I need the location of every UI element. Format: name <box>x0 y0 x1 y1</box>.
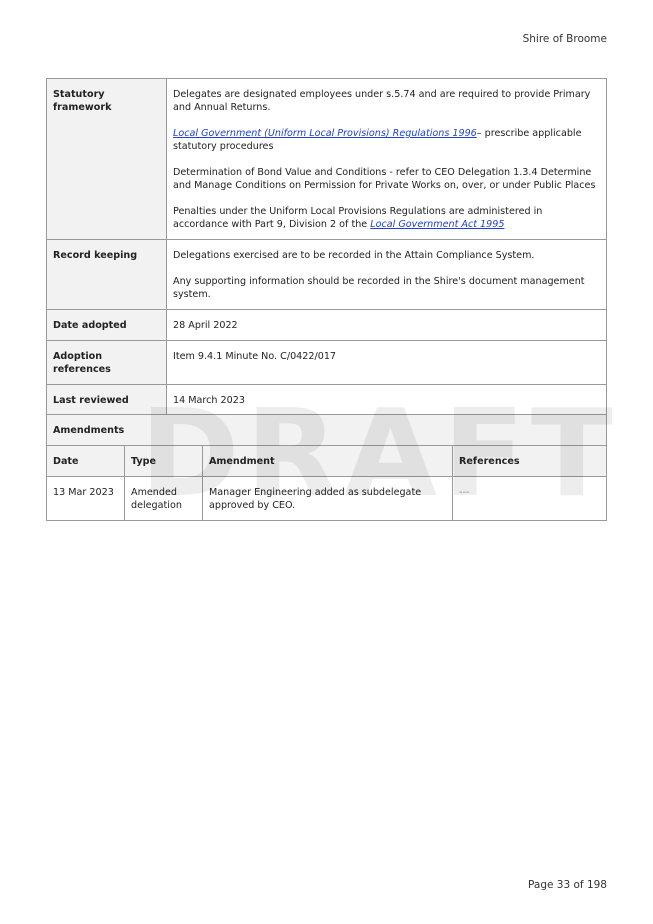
amendments-title-row: Amendments <box>47 415 607 446</box>
last-reviewed-label: Last reviewed <box>47 385 167 416</box>
last-reviewed-value: 14 March 2023 <box>167 385 607 416</box>
header-organisation: Shire of Broome <box>523 33 607 45</box>
amendments-table: Amendments Date Type Amendment Reference… <box>46 414 607 521</box>
statutory-para-4: Penalties under the Uniform Local Provis… <box>173 205 600 231</box>
date-adopted-value: 28 April 2022 <box>167 310 607 341</box>
table-row: Adoption references Item 9.4.1 Minute No… <box>47 341 607 385</box>
page-number: Page 33 of 198 <box>528 879 607 891</box>
local-government-act-link[interactable]: Local Government Act 1995 <box>370 219 504 230</box>
column-header-date: Date <box>47 446 125 477</box>
statutory-para-1: Delegates are designated employees under… <box>173 88 600 114</box>
column-header-references: References <box>453 446 607 477</box>
record-keeping-para-2: Any supporting information should be rec… <box>173 275 600 301</box>
adoption-references-value: Item 9.4.1 Minute No. C/0422/017 <box>167 341 607 385</box>
amendment-date: 13 Mar 2023 <box>47 477 125 521</box>
column-header-amendment: Amendment <box>203 446 453 477</box>
amendments-title: Amendments <box>47 415 607 446</box>
delegation-info-table: Statutory framework Delegates are design… <box>46 78 607 416</box>
table-row: Record keeping Delegations exercised are… <box>47 240 607 310</box>
column-header-type: Type <box>125 446 203 477</box>
statutory-para-2: Local Government (Uniform Local Provisio… <box>173 127 600 153</box>
record-keeping-value: Delegations exercised are to be recorded… <box>167 240 607 310</box>
amendment-references: --- <box>453 477 607 521</box>
amendments-header-row: Date Type Amendment References <box>47 446 607 477</box>
table-row: Date adopted 28 April 2022 <box>47 310 607 341</box>
adoption-references-label: Adoption references <box>47 341 167 385</box>
date-adopted-label: Date adopted <box>47 310 167 341</box>
table-row: Last reviewed 14 March 2023 <box>47 385 607 416</box>
table-row: Statutory framework Delegates are design… <box>47 79 607 240</box>
statutory-framework-value: Delegates are designated employees under… <box>167 79 607 240</box>
statutory-framework-label: Statutory framework <box>47 79 167 240</box>
amendment-type: Amended delegation <box>125 477 203 521</box>
regulations-link[interactable]: Local Government (Uniform Local Provisio… <box>173 128 477 139</box>
record-keeping-label: Record keeping <box>47 240 167 310</box>
amendment-description: Manager Engineering added as subdelegate… <box>203 477 453 521</box>
statutory-para-3: Determination of Bond Value and Conditio… <box>173 166 600 192</box>
record-keeping-para-1: Delegations exercised are to be recorded… <box>173 249 600 262</box>
table-row: 13 Mar 2023 Amended delegation Manager E… <box>47 477 607 521</box>
